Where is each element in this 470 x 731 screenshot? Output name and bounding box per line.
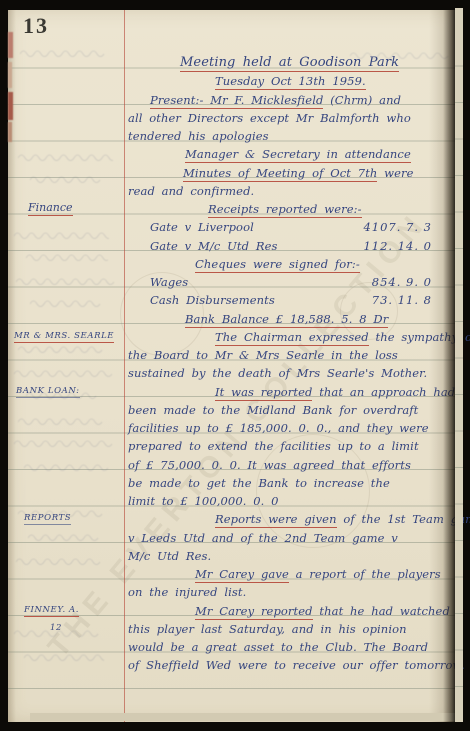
manuscript-line: tendered his apologies xyxy=(8,128,455,144)
manuscript-line: of £ 75,000. 0. 0. It was agreed that ef… xyxy=(8,457,455,473)
manuscript-line: Wages854. 9. 0 xyxy=(8,274,455,290)
manuscript-line: facilities up to £ 185,000. 0. 0., and t… xyxy=(8,420,455,436)
manuscript-line: Cheques were signed for:- xyxy=(8,256,455,272)
manuscript-line: Gate v M/c Utd Res112. 14. 0 xyxy=(8,238,455,254)
amount-value: 112. 14. 0 xyxy=(300,238,432,254)
manuscript-line: been made to the Midland Bank for overdr… xyxy=(8,402,455,418)
manuscript-line: Meeting held at Goodison Park xyxy=(8,55,455,71)
manuscript-line: The Chairman expressed the sympathy ofMR… xyxy=(8,329,455,345)
manuscript-line: Cash Disbursements73. 11. 8 xyxy=(8,292,455,308)
manuscript-line: v Leeds Utd and of the 2nd Team game v xyxy=(8,530,455,546)
manuscript-lines: Meeting held at Goodison ParkTuesday Oct… xyxy=(8,10,455,722)
manuscript-line: It was reported that an approach hadBANK… xyxy=(8,384,455,400)
manuscript-line: be made to get the Bank to increase the xyxy=(8,475,455,491)
margin-note: 12 xyxy=(50,620,62,636)
gutter-shadow xyxy=(443,10,455,722)
manuscript-line: Reports were given of the 1st Team gameR… xyxy=(8,511,455,527)
margin-note: REPORTS xyxy=(24,510,71,526)
manuscript-line: read and confirmed. xyxy=(8,183,455,199)
manuscript-line: limit to £ 100,000. 0. 0 xyxy=(8,493,455,509)
minute-book-page: 13 THE EVERTON COLLECTION Meeting held a… xyxy=(8,10,455,722)
manuscript-line: Manager & Secretary in attendance xyxy=(8,146,455,162)
amount-value: 4107. 7. 3 xyxy=(300,219,432,235)
manuscript-line: prepared to extend the facilities up to … xyxy=(8,438,455,454)
manuscript-line: Mr Carey reported that he had watchedFIN… xyxy=(8,603,455,619)
ruled-lines xyxy=(455,30,463,690)
scanned-minute-book-photo: 13 THE EVERTON COLLECTION Meeting held a… xyxy=(0,0,470,731)
underlying-page-edge xyxy=(30,713,458,721)
manuscript-line: the Board to Mr & Mrs Searle in the loss xyxy=(8,347,455,363)
page-edge-mark xyxy=(8,32,13,58)
amount-value: 854. 9. 0 xyxy=(300,274,432,290)
manuscript-line: M/c Utd Res. xyxy=(8,548,455,564)
manuscript-line: Receipts reported were:-Finance xyxy=(8,201,455,217)
manuscript-line: this player last Saturday, and in his op… xyxy=(8,621,455,637)
manuscript-line: Gate v Liverpool4107. 7. 3 xyxy=(8,219,455,235)
manuscript-line: Bank Balance £ 18,588. 5. 8 Dr xyxy=(8,311,455,327)
page-edge-mark xyxy=(8,122,12,142)
manuscript-line: Present:- Mr F. Micklesfield (Chrm) and xyxy=(8,92,455,108)
manuscript-line: Minutes of Meeting of Oct 7th were xyxy=(8,165,455,181)
manuscript-line: all other Directors except Mr Balmforth … xyxy=(8,110,455,126)
margin-note: MR & MRS. SEARLE xyxy=(14,328,114,344)
manuscript-line: would be a great asset to the Club. The … xyxy=(8,639,455,655)
amount-value: 73. 11. 8 xyxy=(300,292,432,308)
adjacent-page-strip xyxy=(455,8,463,722)
margin-note: BANK LOAN: xyxy=(16,383,80,399)
page-edge-mark xyxy=(8,92,13,120)
manuscript-line: on the injured list. xyxy=(8,584,455,600)
margin-note: FINNEY. A. xyxy=(24,602,79,618)
page-edge-mark xyxy=(8,62,12,88)
margin-note: Finance xyxy=(28,200,73,216)
manuscript-line: Tuesday Oct 13th 1959. xyxy=(8,73,455,89)
manuscript-line: of Sheffield Wed were to receive our off… xyxy=(8,657,455,673)
manuscript-line: sustained by the death of Mrs Searle's M… xyxy=(8,365,455,381)
manuscript-line: Mr Carey gave a report of the players xyxy=(8,566,455,582)
